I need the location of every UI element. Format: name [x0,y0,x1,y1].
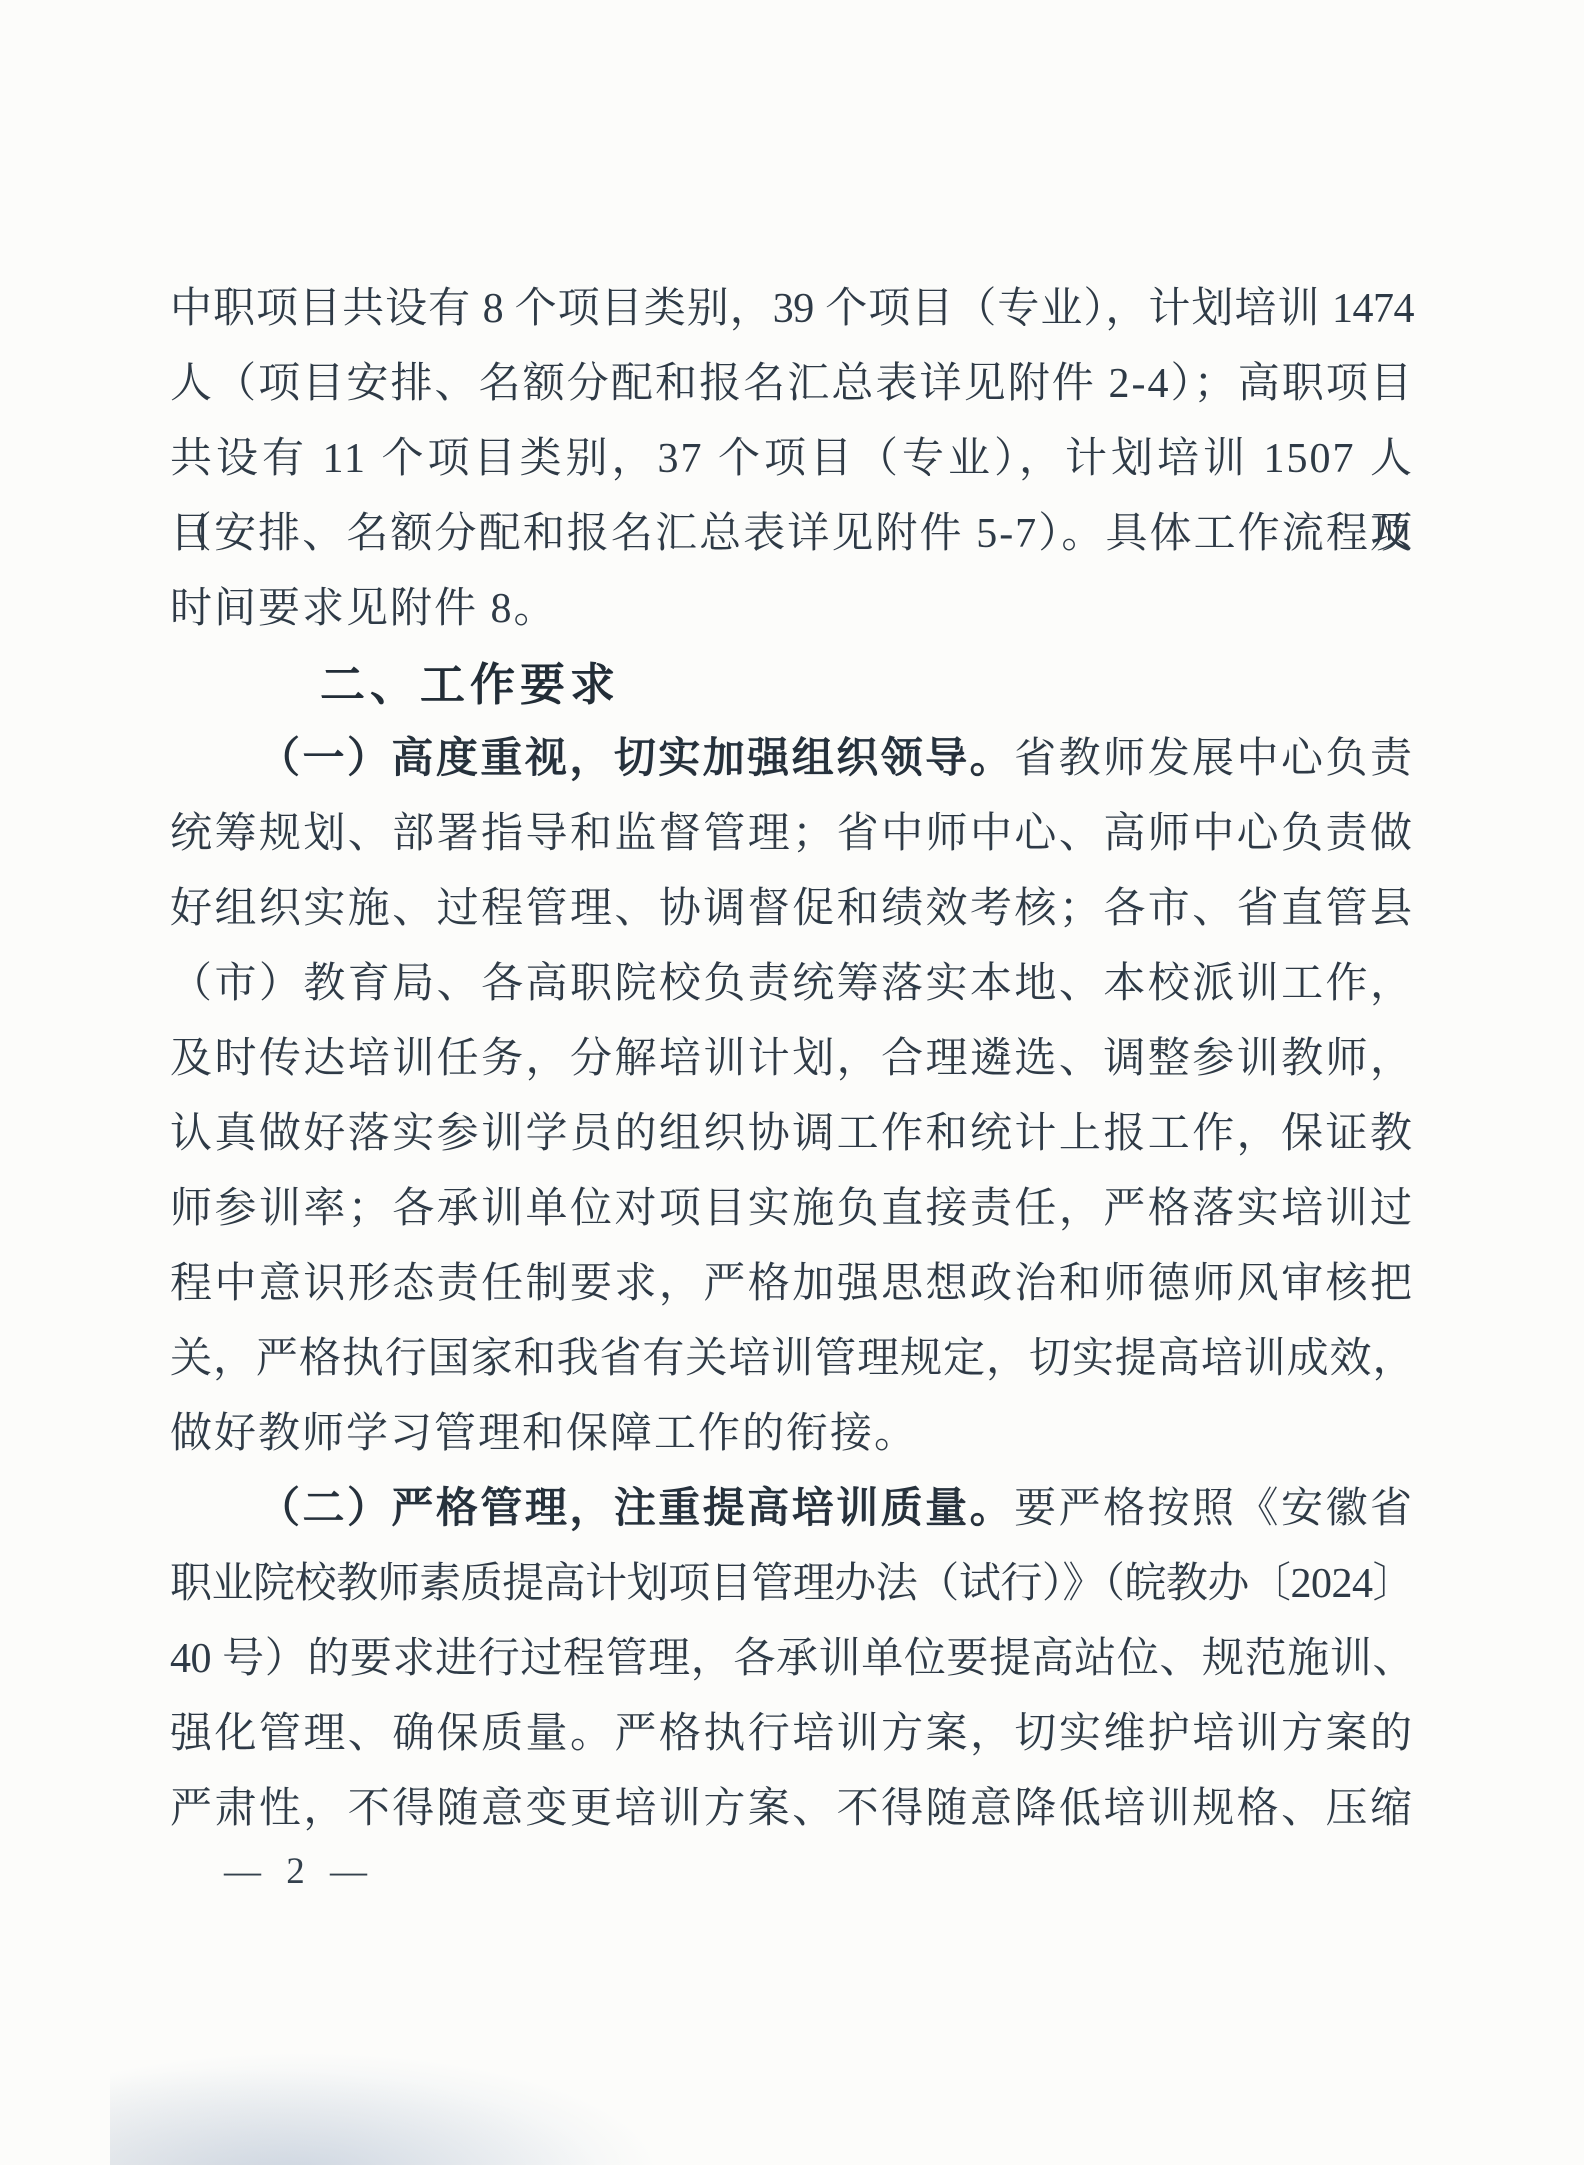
body-text: 省教师发展中心负责 [1014,736,1414,782]
body-line: 共设有 11 个项目类别，37 个项目（专业），计划培训 1507 人（项 [170,422,1414,497]
body-line: 师参训率；各承训单位对项目实施负直接责任，严格落实培训过 [170,1172,1414,1247]
body-line: 好组织实施、过程管理、协调督促和绩效考核；各市、省直管县 [170,872,1414,947]
body-line: 做好教师学习管理和保障工作的衔接。 [170,1397,1414,1472]
body-line: 关，严格执行国家和我省有关培训管理规定，切实提高培训成效， [170,1322,1414,1397]
scan-artifact [110,2035,710,2165]
paragraph-lead: （二）严格管理，注重提高培训质量。 [258,1486,1014,1532]
body-line: 时间要求见附件 8。 [170,572,1414,647]
paragraph-lead: （一）高度重视，切实加强组织领导。 [258,736,1014,782]
document-body: 中职项目共设有 8 个项目类别，39 个项目（专业），计划培训 1474 人（项… [170,272,1414,1847]
scanned-document-page: 中职项目共设有 8 个项目类别，39 个项目（专业），计划培训 1474 人（项… [0,0,1584,2165]
body-line: （二）严格管理，注重提高培训质量。要严格按照《安徽省 [170,1472,1414,1547]
body-text: 要严格按照《安徽省 [1014,1486,1414,1532]
section-heading: 二、工作要求 [320,647,1414,722]
body-line: 及时传达培训任务，分解培训计划，合理遴选、调整参训教师， [170,1022,1414,1097]
page-number: — 2 — [224,1850,375,1893]
body-line: 人（项目安排、名额分配和报名汇总表详见附件 2-4）；高职项目 [170,347,1414,422]
body-line: 中职项目共设有 8 个项目类别，39 个项目（专业），计划培训 1474 [170,272,1414,347]
body-line: 认真做好落实参训学员的组织协调工作和统计上报工作，保证教 [170,1097,1414,1172]
body-line: 强化管理、确保质量。严格执行培训方案，切实维护培训方案的 [170,1697,1414,1772]
body-line: 目安排、名额分配和报名汇总表详见附件 5-7）。具体工作流程及 [170,497,1414,572]
body-line: 程中意识形态责任制要求，严格加强思想政治和师德师风审核把 [170,1247,1414,1322]
body-line: 统筹规划、部署指导和监督管理；省中师中心、高师中心负责做 [170,797,1414,872]
body-line: （一）高度重视，切实加强组织领导。省教师发展中心负责 [170,722,1414,797]
body-line: 职业院校教师素质提高计划项目管理办法（试行）》（皖教办〔2024〕 [170,1547,1414,1622]
body-line: 40 号）的要求进行过程管理，各承训单位要提高站位、规范施训、 [170,1622,1414,1697]
body-line: 严肃性，不得随意变更培训方案、不得随意降低培训规格、压缩 [170,1772,1414,1847]
body-line: （市）教育局、各高职院校负责统筹落实本地、本校派训工作， [170,947,1414,1022]
